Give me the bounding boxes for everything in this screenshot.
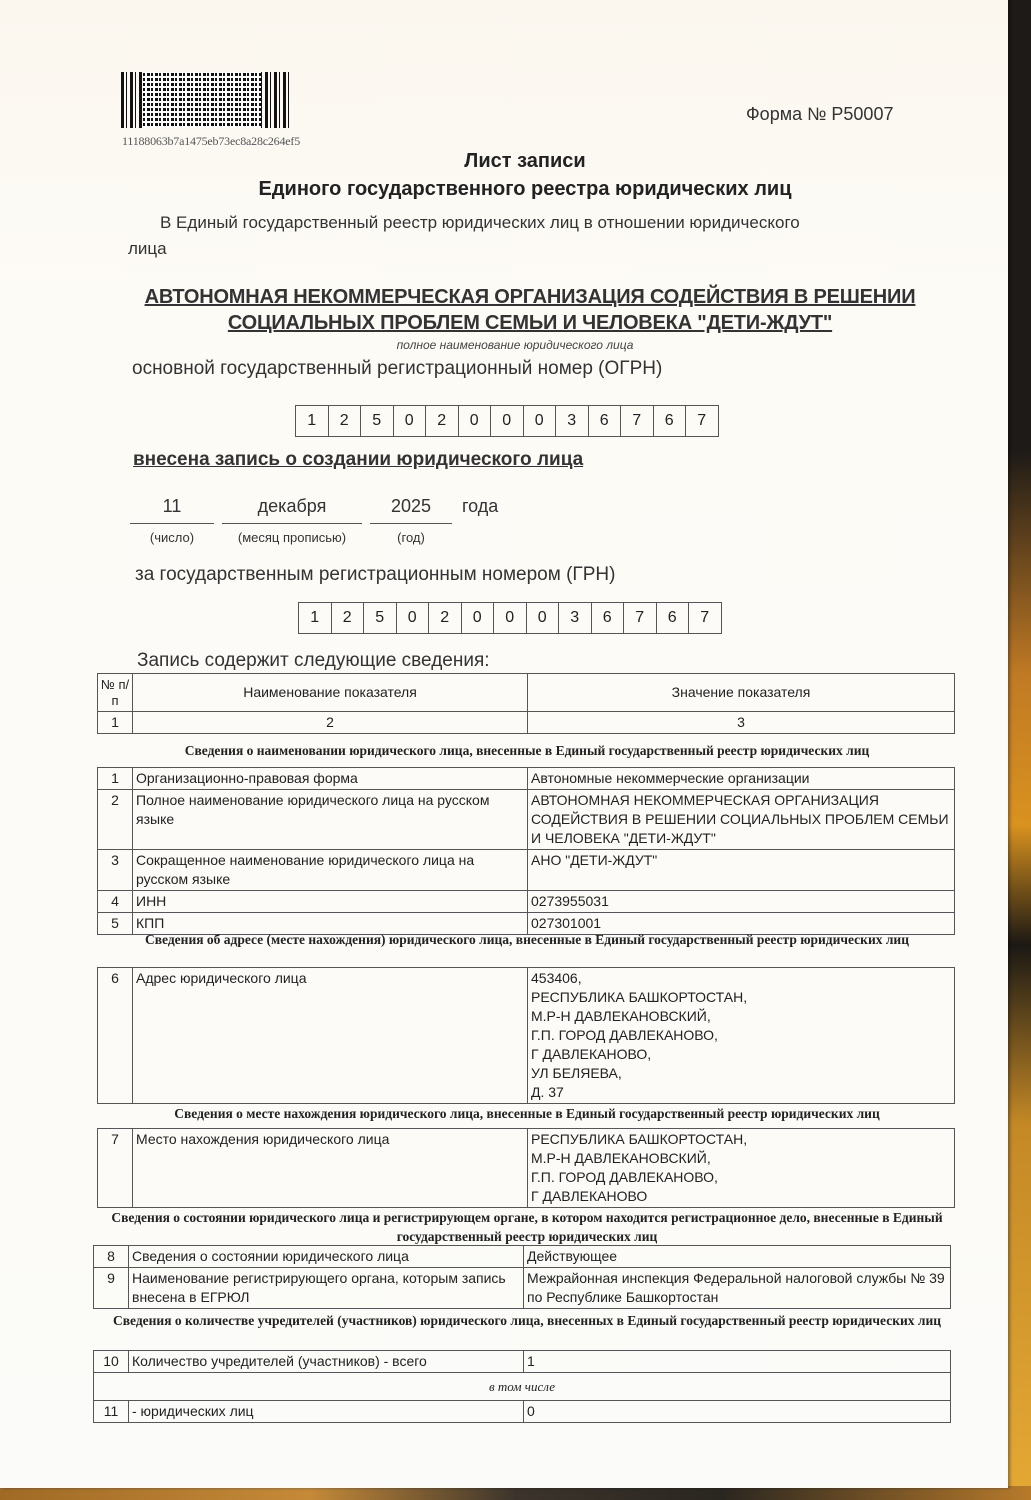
table-row: 8Сведения о состоянии юридического лицаД…	[94, 1246, 951, 1268]
table-row: 9Наименование регистрирующего органа, ко…	[94, 1268, 951, 1309]
intro-text-cont: лица	[128, 239, 167, 259]
org-name-line-2: СОЦИАЛЬНЫХ ПРОБЛЕМ СЕМЬИ И ЧЕЛОВЕКА "ДЕТ…	[110, 310, 950, 336]
ogrn-digit: 5	[361, 406, 394, 436]
indicator-name: Организационно-правовая форма	[133, 768, 528, 790]
ogrn-number-boxes: 1250200036767	[295, 405, 719, 437]
table-row: 2Полное наименование юридического лица н…	[98, 790, 955, 850]
indicator-value: 1	[524, 1351, 951, 1373]
entry-title: внесена запись о создании юридического л…	[133, 449, 583, 471]
year-suffix: года	[462, 496, 498, 517]
org-name-line-1: АВТОНОМНАЯ НЕКОММЕРЧЕСКАЯ ОРГАНИЗАЦИЯ СО…	[110, 284, 950, 310]
grn-number-boxes: 1250200036767	[298, 602, 722, 634]
indicator-value: 0273955031	[528, 891, 955, 913]
entry-day: 11	[130, 496, 214, 524]
table-row: 11- юридических лиц0	[94, 1401, 951, 1423]
ogrn-digit: 6	[654, 406, 687, 436]
document-subtitle: Единого государственного реестра юридиче…	[0, 178, 1031, 201]
indicator-value: АВТОНОМНАЯ НЕКОММЕРЧЕСКАЯ ОРГАНИЗАЦИЯ СО…	[528, 790, 955, 850]
indicator-value: АНО "ДЕТИ-ЖДУТ"	[528, 850, 955, 891]
indicator-name: - юридических лиц	[129, 1401, 524, 1423]
col-number-2: 2	[133, 712, 528, 734]
section-title: Сведения о количестве учредителей (участ…	[97, 1311, 957, 1330]
ogrn-digit: 0	[491, 406, 524, 436]
section-title: Сведения об адресе (месте нахождения) юр…	[97, 930, 957, 949]
document-page: 11188063b7a1475eb73ec8a28c264ef5 Форма №…	[0, 0, 1008, 1488]
grn-digit: 6	[592, 603, 625, 633]
ogrn-digit: 0	[394, 406, 427, 436]
indicator-name: Место нахождения юридического лица	[133, 1129, 528, 1208]
indicator-value: РЕСПУБЛИКА БАШКОРТОСТАН,М.Р-Н ДАВЛЕКАНОВ…	[528, 1129, 955, 1208]
entry-month: декабря	[222, 496, 362, 524]
grn-digit: 6	[657, 603, 690, 633]
indicator-name: Количество учредителей (участников) - вс…	[129, 1351, 524, 1373]
grn-digit: 7	[624, 603, 657, 633]
table-row: 4ИНН0273955031	[98, 891, 955, 913]
ogrn-digit: 3	[556, 406, 589, 436]
ogrn-digit: 2	[329, 406, 362, 436]
table-row: 7Место нахождения юридического лицаРЕСПУ…	[98, 1129, 955, 1208]
col-number-1: 1	[98, 712, 133, 734]
col-header-name: Наименование показателя	[133, 674, 528, 712]
table-row: 6Адрес юридического лица453406,РЕСПУБЛИК…	[98, 968, 955, 1104]
subheader-cell: в том числе	[94, 1373, 951, 1401]
row-number: 3	[98, 850, 133, 891]
table-row: 10Количество учредителей (участников) - …	[94, 1351, 951, 1373]
col-header-value: Значение показателя	[528, 674, 955, 712]
indicator-value: 0	[524, 1401, 951, 1423]
grn-label: за государственным регистрационным номер…	[135, 564, 615, 586]
ogrn-digit: 1	[296, 406, 329, 436]
section-table: 10Количество учредителей (участников) - …	[93, 1350, 951, 1423]
grn-digit: 7	[689, 603, 721, 633]
section-title: Сведения о месте нахождения юридического…	[97, 1104, 957, 1123]
row-number: 6	[98, 968, 133, 1104]
table-row: 1Организационно-правовая формаАвтономные…	[98, 768, 955, 790]
barcode	[121, 72, 291, 128]
section-table: 7Место нахождения юридического лицаРЕСПУ…	[97, 1128, 955, 1208]
ogrn-digit: 7	[621, 406, 654, 436]
row-number: 10	[94, 1351, 129, 1373]
indicator-name: Сведения о состоянии юридического лица	[129, 1246, 524, 1268]
grn-digit: 5	[364, 603, 397, 633]
ogrn-digit: 0	[459, 406, 492, 436]
indicator-value: Автономные некоммерческие организации	[528, 768, 955, 790]
indicator-value: Межрайонная инспекция Федеральной налого…	[524, 1268, 951, 1309]
contains-label: Запись содержит следующие сведения:	[137, 650, 490, 672]
intro-text: В Единый государственный реестр юридичес…	[160, 213, 800, 233]
ogrn-digit: 2	[426, 406, 459, 436]
grn-digit: 0	[527, 603, 560, 633]
indicator-name: ИНН	[133, 891, 528, 913]
row-number: 8	[94, 1246, 129, 1268]
section-table: 8Сведения о состоянии юридического лицаД…	[93, 1245, 951, 1309]
section-table: 6Адрес юридического лица453406,РЕСПУБЛИК…	[97, 967, 955, 1104]
barcode-code: 11188063b7a1475eb73ec8a28c264ef5	[122, 134, 300, 149]
day-caption: (число)	[130, 530, 214, 545]
col-header-number: № п/п	[98, 674, 133, 712]
desk-background-bottom	[0, 1486, 1031, 1500]
indicator-name: Наименование регистрирующего органа, кот…	[129, 1268, 524, 1309]
table-header: № п/п Наименование показателя Значение п…	[97, 673, 955, 734]
indicator-name: Полное наименование юридического лица на…	[133, 790, 528, 850]
grn-digit: 2	[429, 603, 462, 633]
organization-full-name: АВТОНОМНАЯ НЕКОММЕРЧЕСКАЯ ОРГАНИЗАЦИЯ СО…	[110, 284, 950, 336]
row-number: 2	[98, 790, 133, 850]
year-caption: (год)	[370, 530, 452, 545]
org-name-caption: полное наименование юридического лица	[0, 338, 1030, 352]
grn-digit: 2	[332, 603, 365, 633]
col-number-3: 3	[528, 712, 955, 734]
ogrn-digit: 7	[686, 406, 718, 436]
document-title: Лист записи	[0, 150, 1031, 173]
row-number: 4	[98, 891, 133, 913]
ogrn-digit: 6	[589, 406, 622, 436]
indicator-value: 453406,РЕСПУБЛИКА БАШКОРТОСТАН,М.Р-Н ДАВ…	[528, 968, 955, 1104]
indicator-name: Адрес юридического лица	[133, 968, 528, 1104]
table-row: в том числе	[94, 1373, 951, 1401]
row-number: 9	[94, 1268, 129, 1309]
month-caption: (месяц прописью)	[222, 530, 362, 545]
section-title: Сведения о наименовании юридического лиц…	[97, 741, 957, 760]
grn-digit: 0	[462, 603, 495, 633]
grn-digit: 3	[559, 603, 592, 633]
indicator-name: Сокращенное наименование юридического ли…	[133, 850, 528, 891]
grn-digit: 0	[397, 603, 430, 633]
row-number: 7	[98, 1129, 133, 1208]
row-number: 1	[98, 768, 133, 790]
section-title: Сведения о состоянии юридического лица и…	[97, 1208, 957, 1246]
grn-digit: 0	[494, 603, 527, 633]
section-table: 1Организационно-правовая формаАвтономные…	[97, 767, 955, 935]
ogrn-label: основной государственный регистрационный…	[132, 358, 662, 380]
form-number: Форма № Р50007	[746, 104, 893, 125]
row-number: 11	[94, 1401, 129, 1423]
entry-year: 2025	[370, 496, 452, 524]
table-row: 3Сокращенное наименование юридического л…	[98, 850, 955, 891]
indicator-value: Действующее	[524, 1246, 951, 1268]
ogrn-digit: 0	[524, 406, 557, 436]
grn-digit: 1	[299, 603, 332, 633]
